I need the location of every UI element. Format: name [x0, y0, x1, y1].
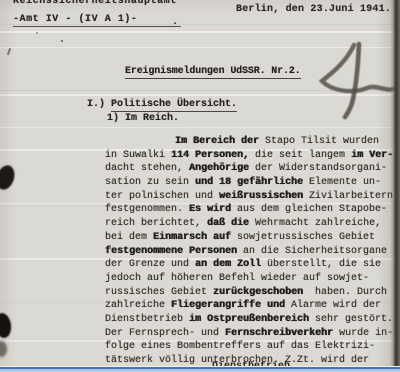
- body-text-bold: Einmarsch auf: [153, 232, 231, 243]
- body-line: russisches Gebiet zurückgeschoben haben.…: [105, 286, 393, 300]
- body-text: sowjetrussisches Gebiet: [231, 232, 375, 243]
- subsection-heading: 1) Im Reich.: [107, 113, 179, 124]
- paper-speck: [36, 32, 38, 34]
- section-number: I.): [87, 99, 111, 110]
- body-text-bold: Im Bereich der: [175, 136, 259, 147]
- section-heading-line: I.) Politische Übersicht.: [87, 99, 237, 110]
- body-text-bold: Es wird: [189, 204, 231, 215]
- body-line: dacht stehen, Angehörige der Widerstands…: [105, 162, 393, 176]
- body-text: überstellt, die sie: [261, 259, 381, 270]
- body-text: sation zu sein: [105, 177, 195, 188]
- body-line: bei dem Einmarsch auf sowjetrussisches G…: [105, 231, 393, 245]
- body-text-bold: Angehörige: [189, 163, 249, 174]
- body-text: Stapo Tilsit wurden: [259, 136, 379, 147]
- body-line: reich berichtet, daß die Wehrmacht zahlr…: [105, 217, 393, 231]
- body-line: sation zu sein und 18 gefährliche Elemen…: [105, 176, 393, 190]
- body-text-bold: Fernschreibverkehr: [225, 328, 333, 339]
- ink-blot: [0, 163, 17, 192]
- body-text: in Suwalki: [105, 150, 171, 161]
- body-text: wurde in-: [333, 328, 393, 339]
- body-text: russisches Gebiet: [105, 287, 213, 298]
- ink-smudge: [0, 341, 7, 357]
- body-text: an die Sicherheitsorgane: [237, 246, 387, 257]
- body-text: zahlreiche: [105, 300, 171, 311]
- body-text: sehr gestört.: [309, 314, 393, 325]
- body-text: der Grenze und: [105, 259, 195, 270]
- body-text: bei dem: [105, 232, 153, 243]
- document-body: Im Bereich der Stapo Tilsit wurdenin Suw…: [105, 135, 393, 368]
- body-line: festgenommen. Es wird aus dem gleichen S…: [105, 203, 393, 217]
- body-text: aus dem gleichen Stapobe-: [231, 204, 387, 215]
- body-line: festgenommene Personen an die Sicherheit…: [105, 245, 393, 259]
- body-text: festgenommen.: [105, 204, 189, 215]
- body-text: Zivilarbeitern: [303, 191, 393, 202]
- letterhead-dept: -Amt IV - (IV A 1)-: [13, 14, 181, 27]
- paper-speck: [61, 40, 63, 42]
- stray-period: .: [172, 17, 178, 28]
- body-line: Im Bereich der Stapo Tilsit wurden: [105, 135, 393, 149]
- body-text-bold: 114 Personen,: [171, 150, 249, 161]
- body-text-bold: im Ostpreußenbereich: [189, 314, 309, 325]
- body-line: Der Fernsprech- und Fernschreibverkehr w…: [105, 327, 393, 341]
- body-text: Elemente un-: [303, 177, 381, 188]
- body-line: Dienstbetrieb im Ostpreußenbereich sehr …: [105, 313, 393, 327]
- body-text-bold: weißrussischen: [219, 191, 303, 202]
- document-title: Ereignismeldungen UdSSR. Nr.2.: [125, 66, 301, 79]
- taskbar-edge[interactable]: [0, 366, 400, 372]
- body-text: jedoch auf höheren Befehl wieder auf sow…: [105, 273, 369, 284]
- body-text-bold: festgenommene Personen: [105, 246, 237, 257]
- dateline: Berlin, den 23.Juni 1941.: [236, 4, 391, 15]
- body-text-bold: an dem Zoll: [195, 259, 261, 270]
- body-text-bold: und 18 gefährliche: [195, 177, 303, 188]
- body-line: folge eines Bombentreffers auf das Elekt…: [105, 340, 393, 354]
- body-line: ter polnischen und weißrussischen Zivila…: [105, 190, 393, 204]
- paper-speck: [7, 48, 11, 55]
- body-text: Dienstbetrieb: [105, 314, 189, 325]
- body-text: dacht stehen,: [105, 163, 189, 174]
- body-text: Alarme wird der: [285, 300, 381, 311]
- body-text-bold: im Ver-: [351, 150, 393, 161]
- scanned-document-page: Reichssicherheitshauptamt -Amt IV - (IV …: [0, 0, 400, 372]
- body-line: der Grenze und an dem Zoll überstellt, d…: [105, 258, 393, 272]
- body-text: der Widerstandsorgani-: [249, 163, 387, 174]
- body-line: zahlreiche Fliegerangriffe und Alarme wi…: [105, 299, 393, 313]
- body-text-bold: Fliegerangriffe und: [171, 300, 285, 311]
- body-text: Der Fernsprech- und: [105, 328, 225, 339]
- body-text: reich berichtet,: [105, 218, 207, 229]
- section-heading: Politische Übersicht.: [111, 99, 237, 112]
- letterhead-org: Reichssicherheitshauptamt: [13, 0, 177, 7]
- body-text: haben. Durch: [303, 287, 387, 298]
- body-text: Wehrmacht zahlreiche,: [249, 218, 381, 229]
- body-text-bold: daß die: [207, 218, 249, 229]
- ink-blot: [0, 312, 13, 339]
- body-text: folge eines Bombentreffers auf das Elekt…: [105, 341, 375, 352]
- body-text: ter polnischen und: [105, 191, 219, 202]
- body-text-bold: zurückgeschoben: [213, 287, 303, 298]
- body-text: die seit langem: [249, 150, 351, 161]
- body-line: jedoch auf höheren Befehl wieder auf sow…: [105, 272, 393, 286]
- body-line: in Suwalki 114 Personen, die seit langem…: [105, 149, 393, 163]
